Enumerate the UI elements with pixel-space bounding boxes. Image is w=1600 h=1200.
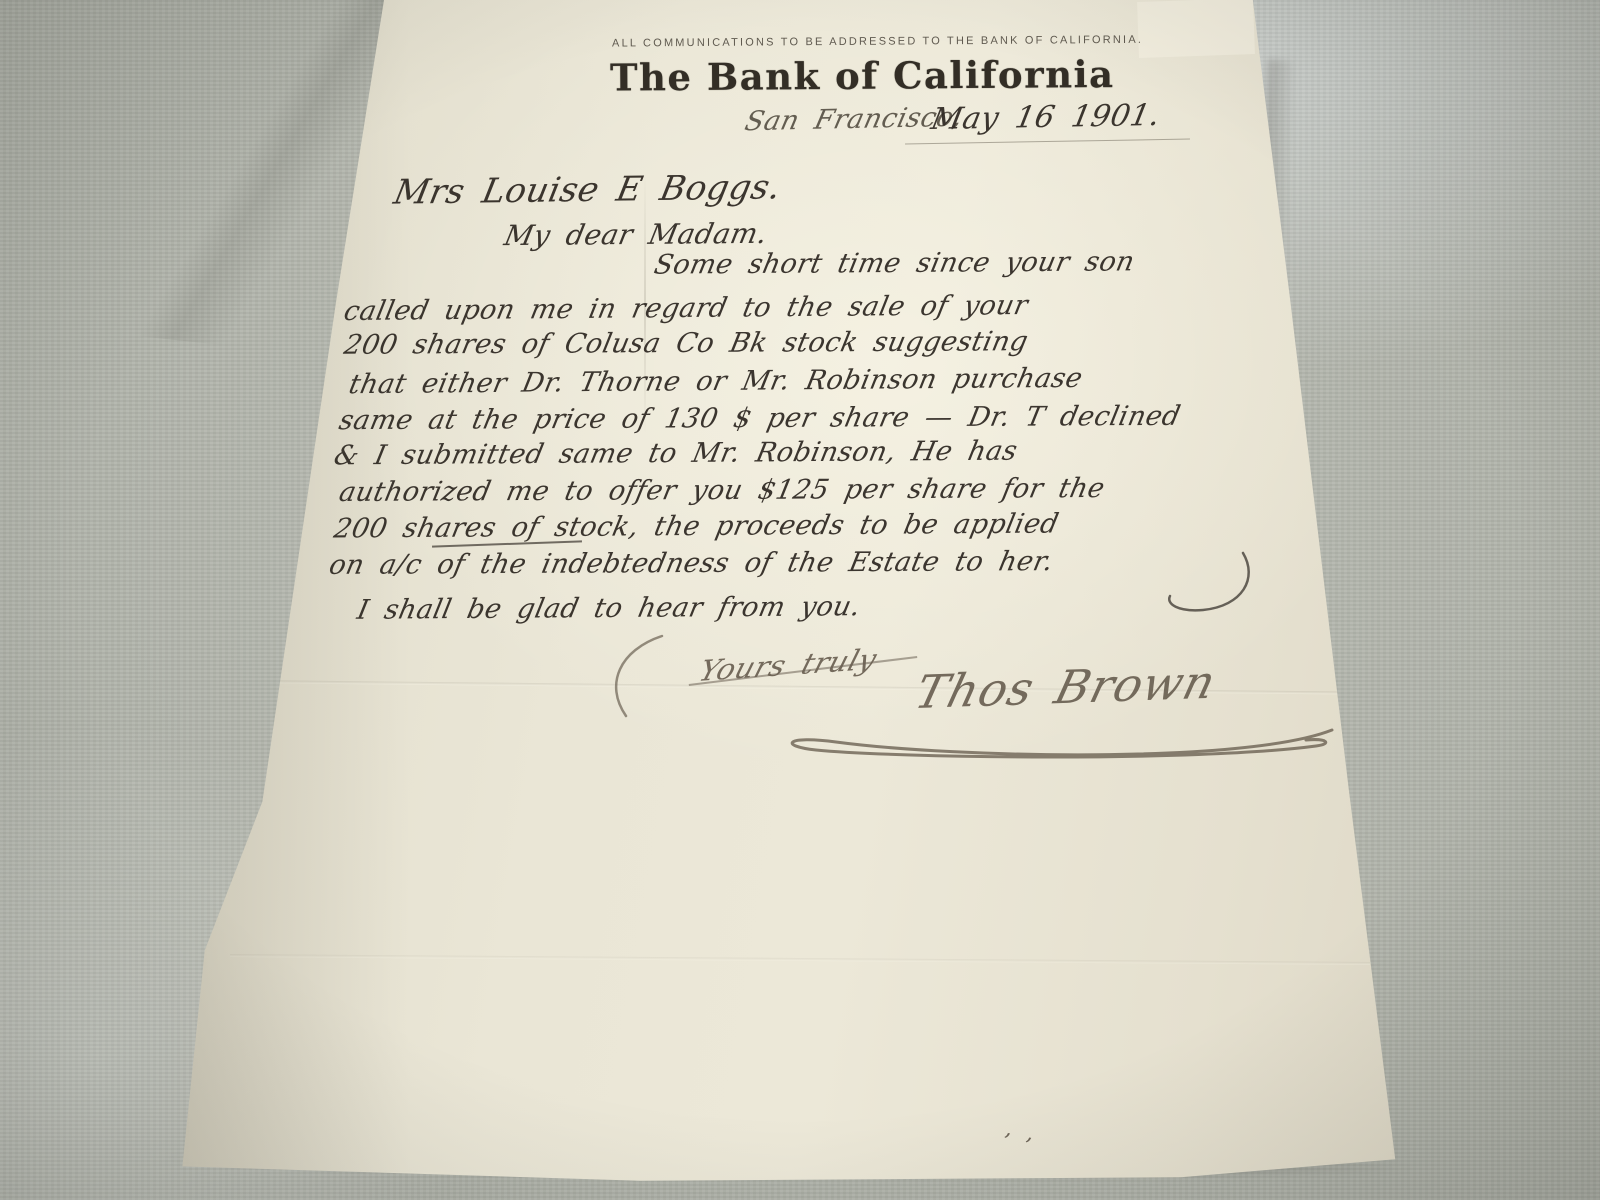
body-line-10: I shall be glad to hear from you. (354, 591, 863, 626)
body-line-4: that either Dr. Thorne or Mr. Robinson p… (346, 363, 1085, 400)
body-line-3: 200 shares of Colusa Co Bk stock suggest… (341, 326, 1031, 361)
tape-patch (1137, 0, 1255, 58)
signature-flourish (776, 712, 1336, 772)
signature: Thos Brown (910, 655, 1222, 719)
letterhead-notice: ALL COMMUNICATIONS TO BE ADDRESSED TO TH… (612, 34, 1052, 49)
body-line-7: authorized me to offer you $125 per shar… (336, 473, 1107, 508)
salutation-line: My dear Madam. (501, 217, 770, 252)
bank-title: The Bank of California (610, 52, 1050, 99)
recipient-line: Mrs Louise E Boggs. (390, 167, 784, 212)
body-line-5: same at the price of 130 $ per share — D… (336, 401, 1183, 436)
body-line-2: called upon me in regard to the sale of … (341, 290, 1030, 327)
letter-paper: ALL COMMUNICATIONS TO BE ADDRESSED TO TH… (0, 0, 1600, 1200)
lower-fold-crease (230, 954, 1370, 965)
photo-of-letter: ALL COMMUNICATIONS TO BE ADDRESSED TO TH… (0, 0, 1600, 1200)
body-line-8: 200 shares of stock, the proceeds to be … (331, 508, 1061, 544)
date-rule (905, 139, 1190, 145)
body-line-9: on a/c of the indebtedness of the Estate… (326, 546, 1056, 581)
closing-line: Yours truly (695, 642, 881, 688)
closing-flourish (592, 632, 712, 722)
body-line-1: Some short time since your son (651, 246, 1137, 280)
body-line-6: & I submitted same to Mr. Robinson, He h… (331, 436, 1020, 472)
date-handwritten: May 16 1901. (928, 98, 1163, 137)
her-flourish (1148, 548, 1258, 618)
ink-mark: ’ ’ (1000, 1129, 1034, 1160)
